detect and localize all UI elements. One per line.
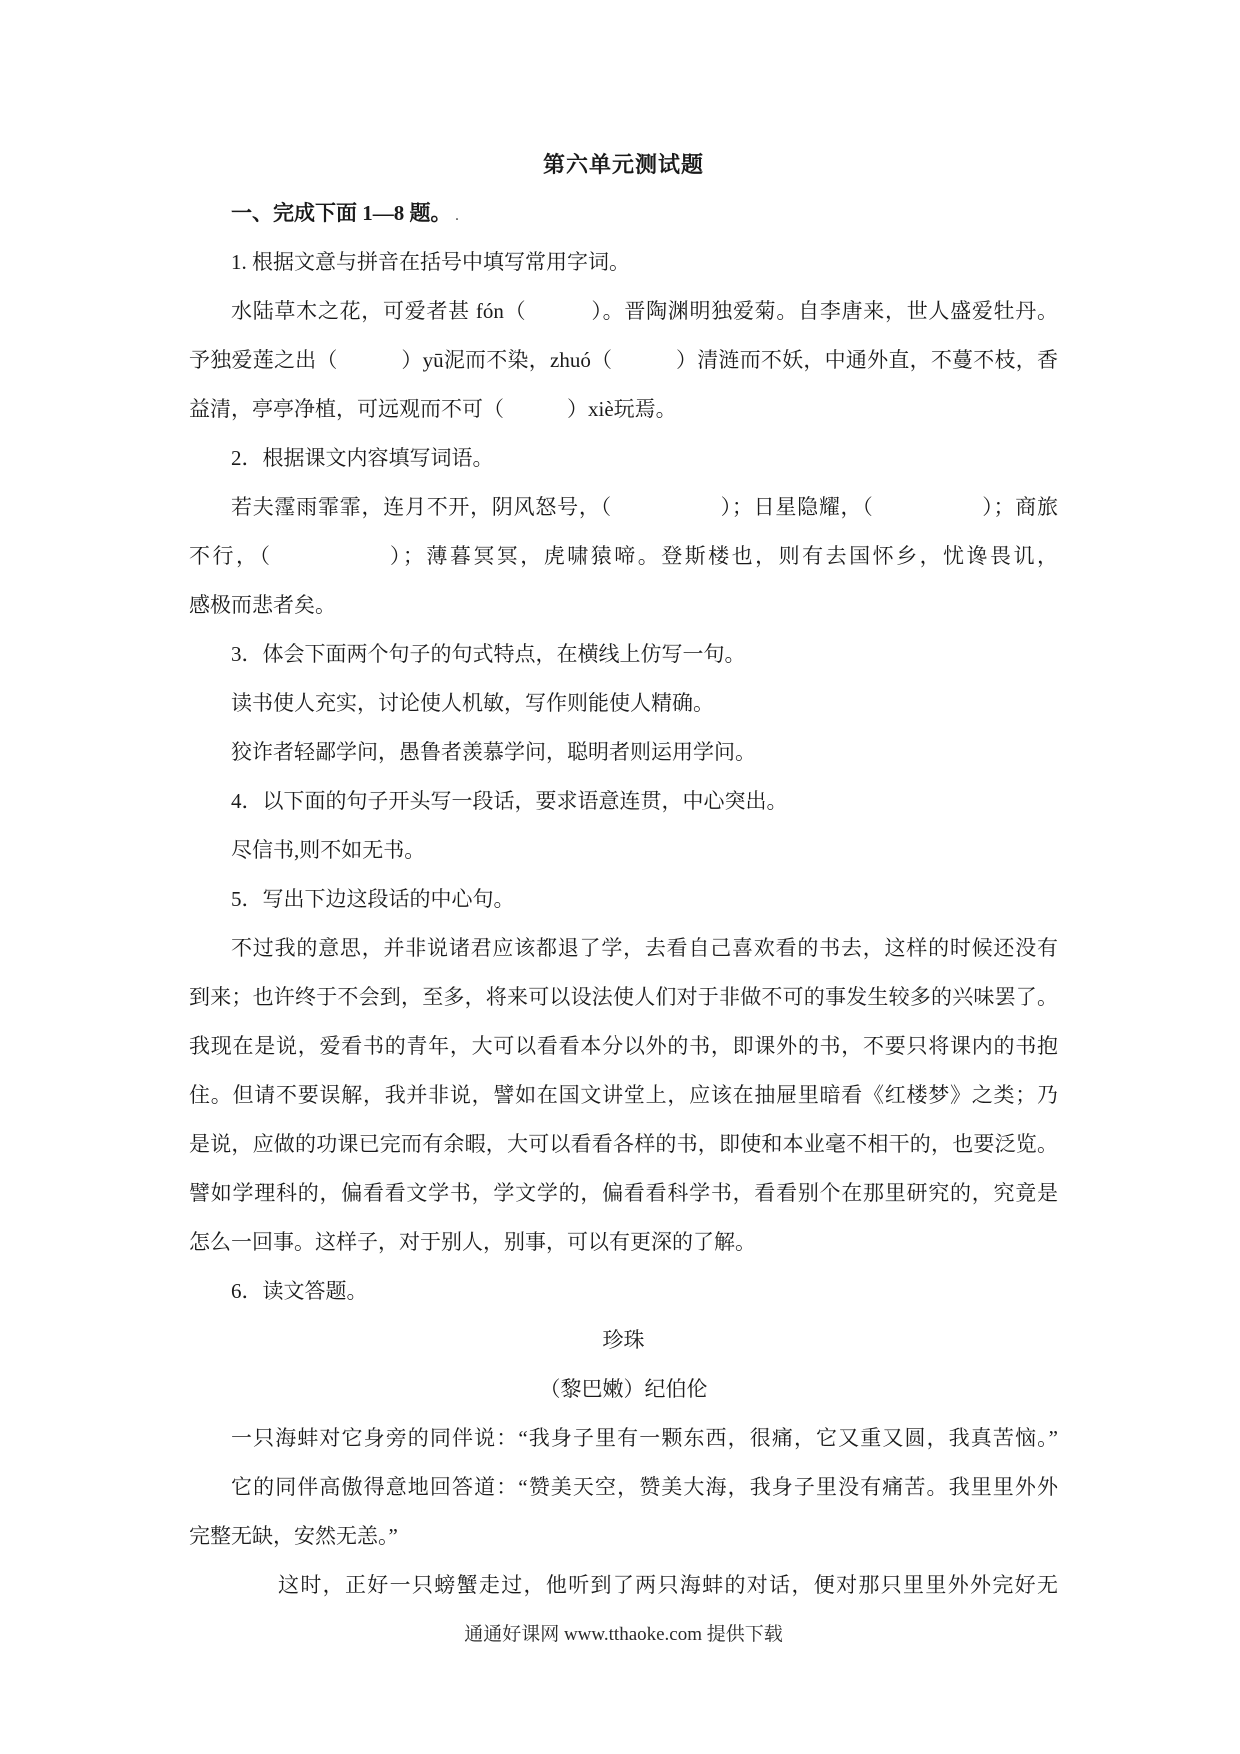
section-heading-text: 一、完成下面 1—8 题。 [231,201,452,225]
question-2-prompt: 2．根据课文内容填写词语。 [189,434,1058,483]
passage-title: 珍珠 [189,1316,1058,1365]
question-5-line: 是说，应做的功课已完而有余暇，大可以看看各样的书，即使和本业毫不相干的，也要泛览… [189,1120,1058,1169]
question-4-prompt: 4．以下面的句子开头写一段话，要求语意连贯，中心突出。 [189,777,1058,826]
page-title: 第六单元测试题 [189,140,1058,189]
question-3-line: 狡诈者轻鄙学问，愚鲁者羡慕学问，聪明者则运用学问。 [189,728,1058,777]
question-5-line: 我现在是说，爱看书的青年，大可以看看本分以外的书，即课外的书，不要只将课内的书抱 [189,1022,1058,1071]
section-heading: 一、完成下面 1—8 题。. [189,189,1058,238]
question-5-line: 住。但请不要误解，我并非说，譬如在国文讲堂上，应该在抽屉里暗看《红楼梦》之类；乃 [189,1071,1058,1120]
stray-dot: . [452,209,459,223]
question-6-prompt: 6．读文答题。 [189,1267,1058,1316]
question-1-prompt: 1. 根据文意与拼音在括号中填写常用字词。 [189,238,1058,287]
question-5-line: 不过我的意思，并非说诸君应该都退了学，去看自己喜欢看的书去，这样的时候还没有 [189,924,1058,973]
passage-author: （黎巴嫩）纪伯伦 [189,1365,1058,1414]
document-page: 第六单元测试题 一、完成下面 1—8 题。. 1. 根据文意与拼音在括号中填写常… [0,0,1240,1754]
passage-line: 一只海蚌对它身旁的同伴说：“我身子里有一颗东西，很痛，它又重又圆，我真苦恼。” [189,1414,1058,1463]
question-2-line: 感极而悲者矣。 [189,581,1058,630]
question-5-prompt: 5．写出下边这段话的中心句。 [189,875,1058,924]
question-3-line: 读书使人充实，讨论使人机敏，写作则能使人精确。 [189,679,1058,728]
passage-line: 它的同伴高傲得意地回答道：“赞美天空，赞美大海，我身子里没有痛苦。我里里外外 [189,1463,1058,1512]
question-3-prompt: 3．体会下面两个句子的句式特点，在横线上仿写一句。 [189,630,1058,679]
question-1-line: 益清，亭亭净植，可远观而不可（ ）xiè玩焉。 [189,385,1058,434]
question-2-line: 若夫霪雨霏霏，连月不开，阴风怒号，（ ）；日星隐耀，（ ）；商旅 [189,483,1058,532]
question-4-line: 尽信书,则不如无书。 [189,826,1058,875]
question-5-line: 到来；也许终于不会到，至多，将来可以设法使人们对于非做不可的事发生较多的兴味罢了… [189,973,1058,1022]
question-1-line: 予独爱莲之出（ ）yū泥而不染，zhuó（ ）清涟而不妖，中通外直，不蔓不枝，香… [189,336,1058,385]
question-5-line: 怎么一回事。这样子，对于别人，别事，可以有更深的了解。 [189,1218,1058,1267]
question-2-line: 不行，（ ）；薄暮冥冥，虎啸猿啼。登斯楼也，则有去国怀乡，忧谗畏讥，（ ）， [189,532,1058,581]
passage-line: 这时，正好一只螃蟹走过，他听到了两只海蚌的对话，便对那只里里外外完好无 [189,1561,1058,1610]
question-1-line: 水陆草木之花，可爱者甚 fón（ ）。晋陶渊明独爱菊。自李唐来，世人盛爱牡丹。 [189,287,1058,336]
passage-line: 完整无缺，安然无恙。” [189,1512,1058,1561]
page-footer: 通通好课网 www.tthaoke.com 提供下载 [189,1610,1058,1659]
question-5-line: 譬如学理科的，偏看看文学书，学文学的，偏看看科学书，看看别个在那里研究的，究竟是 [189,1169,1058,1218]
document-body: 第六单元测试题 一、完成下面 1—8 题。. 1. 根据文意与拼音在括号中填写常… [189,140,1058,1659]
